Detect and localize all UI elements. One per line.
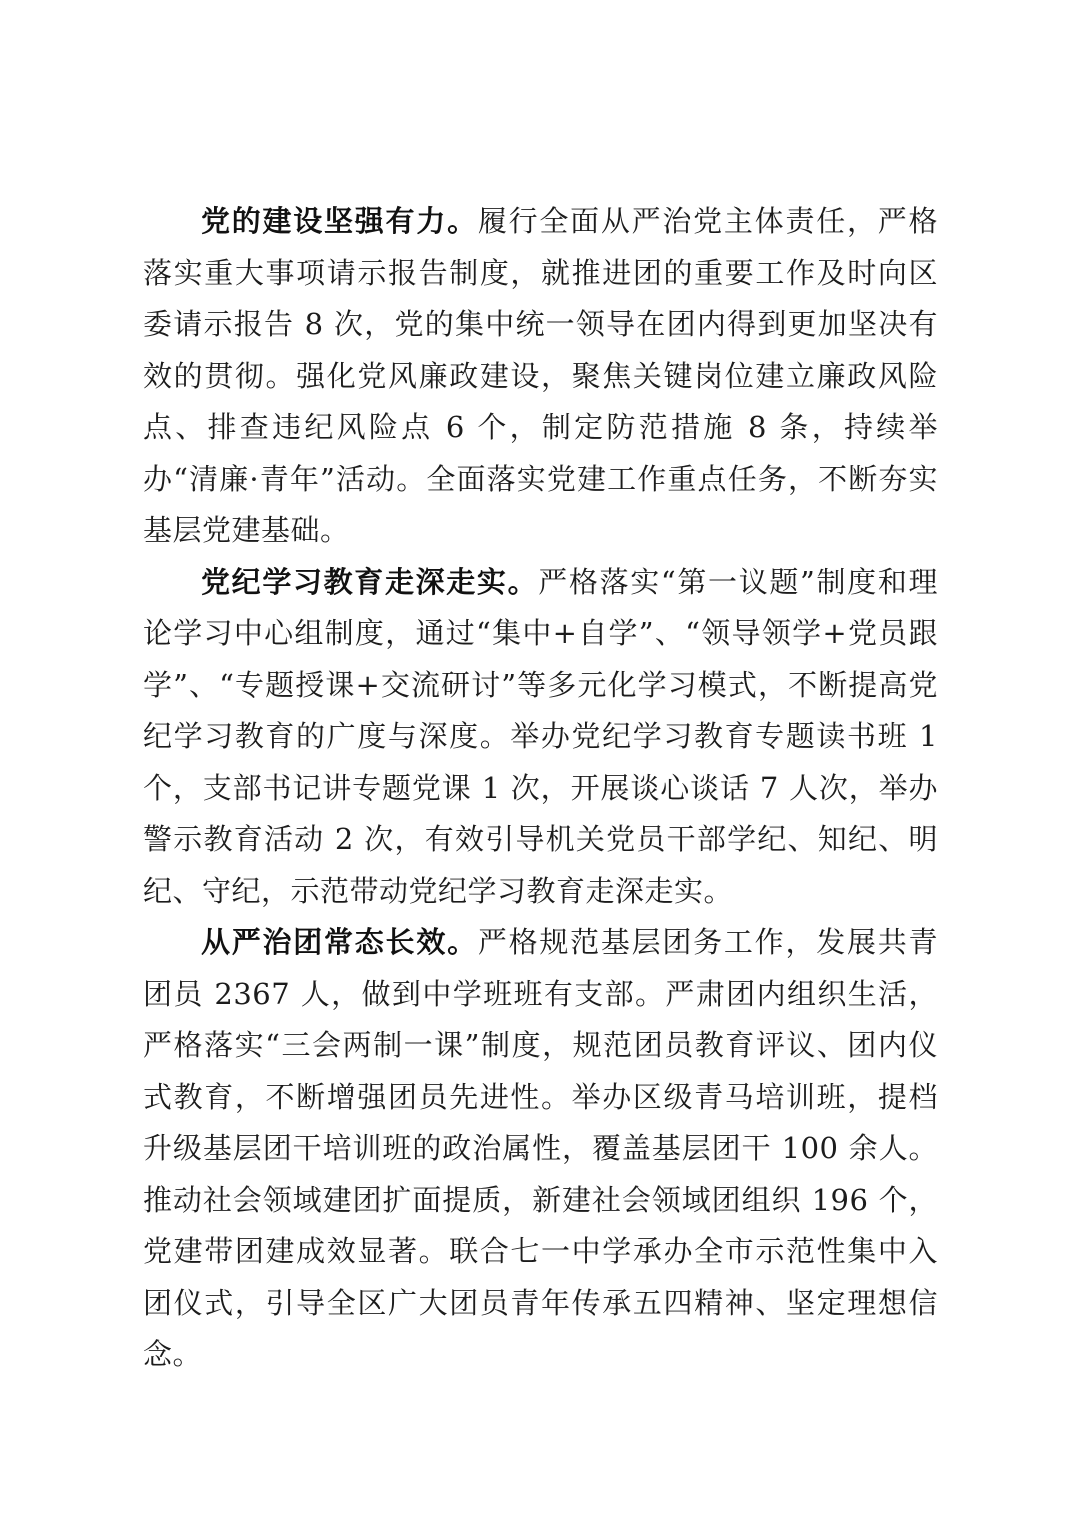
paragraph-body: 严格规范基层团务工作，发展共青团员 2367 人，做到中学班班有支部。严肃团内组… (143, 925, 938, 1371)
paragraph: 党纪学习教育走深走实。严格落实“第一议题”制度和理论学习中心组制度，通过“集中+… (143, 557, 938, 918)
paragraph-body: 严格落实“第一议题”制度和理论学习中心组制度，通过“集中+自学”、“领导领学+党… (143, 565, 938, 908)
paragraph-lead: 党的建设坚强有力。 (201, 204, 478, 238)
paragraph-lead: 党纪学习教育走深走实。 (201, 565, 538, 599)
document-page: 党的建设坚强有力。履行全面从严治党主体责任，严格落实重大事项请示报告制度，就推进… (0, 0, 1074, 1520)
paragraph-body: 履行全面从严治党主体责任，严格落实重大事项请示报告制度，就推进团的重要工作及时向… (143, 204, 938, 547)
paragraph: 从严治团常态长效。严格规范基层团务工作，发展共青团员 2367 人，做到中学班班… (143, 917, 938, 1381)
paragraph-lead: 从严治团常态长效。 (201, 925, 478, 959)
paragraph: 党的建设坚强有力。履行全面从严治党主体责任，严格落实重大事项请示报告制度，就推进… (143, 196, 938, 557)
document-body: 党的建设坚强有力。履行全面从严治党主体责任，严格落实重大事项请示报告制度，就推进… (143, 196, 938, 1381)
